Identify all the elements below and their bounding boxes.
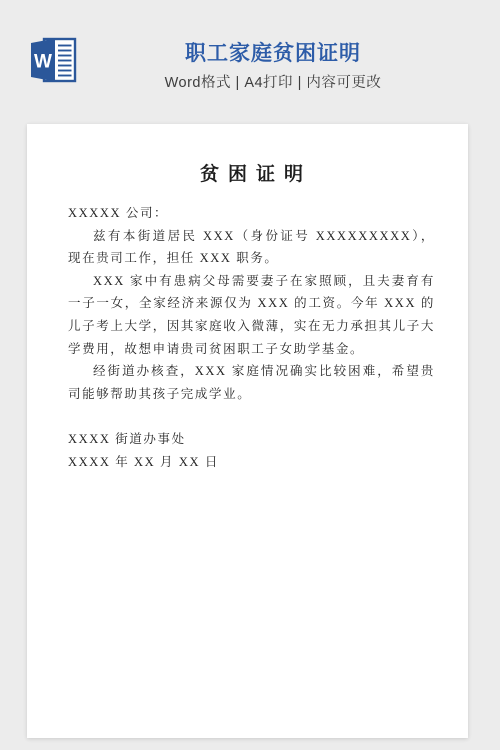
header-text: 职工家庭贫困证明 Word格式 | A4打印 | 内容可更改 — [46, 42, 500, 91]
signature-line: XXXX 街道办事处 — [68, 428, 435, 451]
salutation-line: XXXXX 公司： — [68, 202, 435, 225]
document-body: XXXXX 公司： 兹有本街道居民 XXX（身份证号 XXXXXXXXX），现在… — [68, 202, 435, 474]
signature-block: XXXX 街道办事处 XXXX 年 XX 月 XX 日 — [68, 428, 435, 473]
template-preview: W 职工家庭贫困证明 Word格式 | A4打印 | 内容可更改 贫困证明 XX… — [0, 0, 500, 750]
body-paragraph: 兹有本街道居民 XXX（身份证号 XXXXXXXXX），现在贵司工作，担任 XX… — [68, 225, 435, 270]
document-page: 贫困证明 XXXXX 公司： 兹有本街道居民 XXX（身份证号 XXXXXXXX… — [27, 124, 468, 738]
page-title: 职工家庭贫困证明 — [46, 42, 500, 66]
header: W 职工家庭贫困证明 Word格式 | A4打印 | 内容可更改 — [0, 0, 500, 124]
date-line: XXXX 年 XX 月 XX 日 — [68, 451, 435, 474]
body-paragraph: XXX 家中有患病父母需要妻子在家照顾，且夫妻育有一子一女，全家经济来源仅为 X… — [68, 270, 435, 360]
document-title: 贫困证明 — [68, 160, 435, 190]
body-paragraph: 经街道办核查，XXX 家庭情况确实比较困难，希望贵司能够帮助其孩子完成学业。 — [68, 360, 435, 405]
format-info: Word格式 | A4打印 | 内容可更改 — [46, 75, 500, 91]
